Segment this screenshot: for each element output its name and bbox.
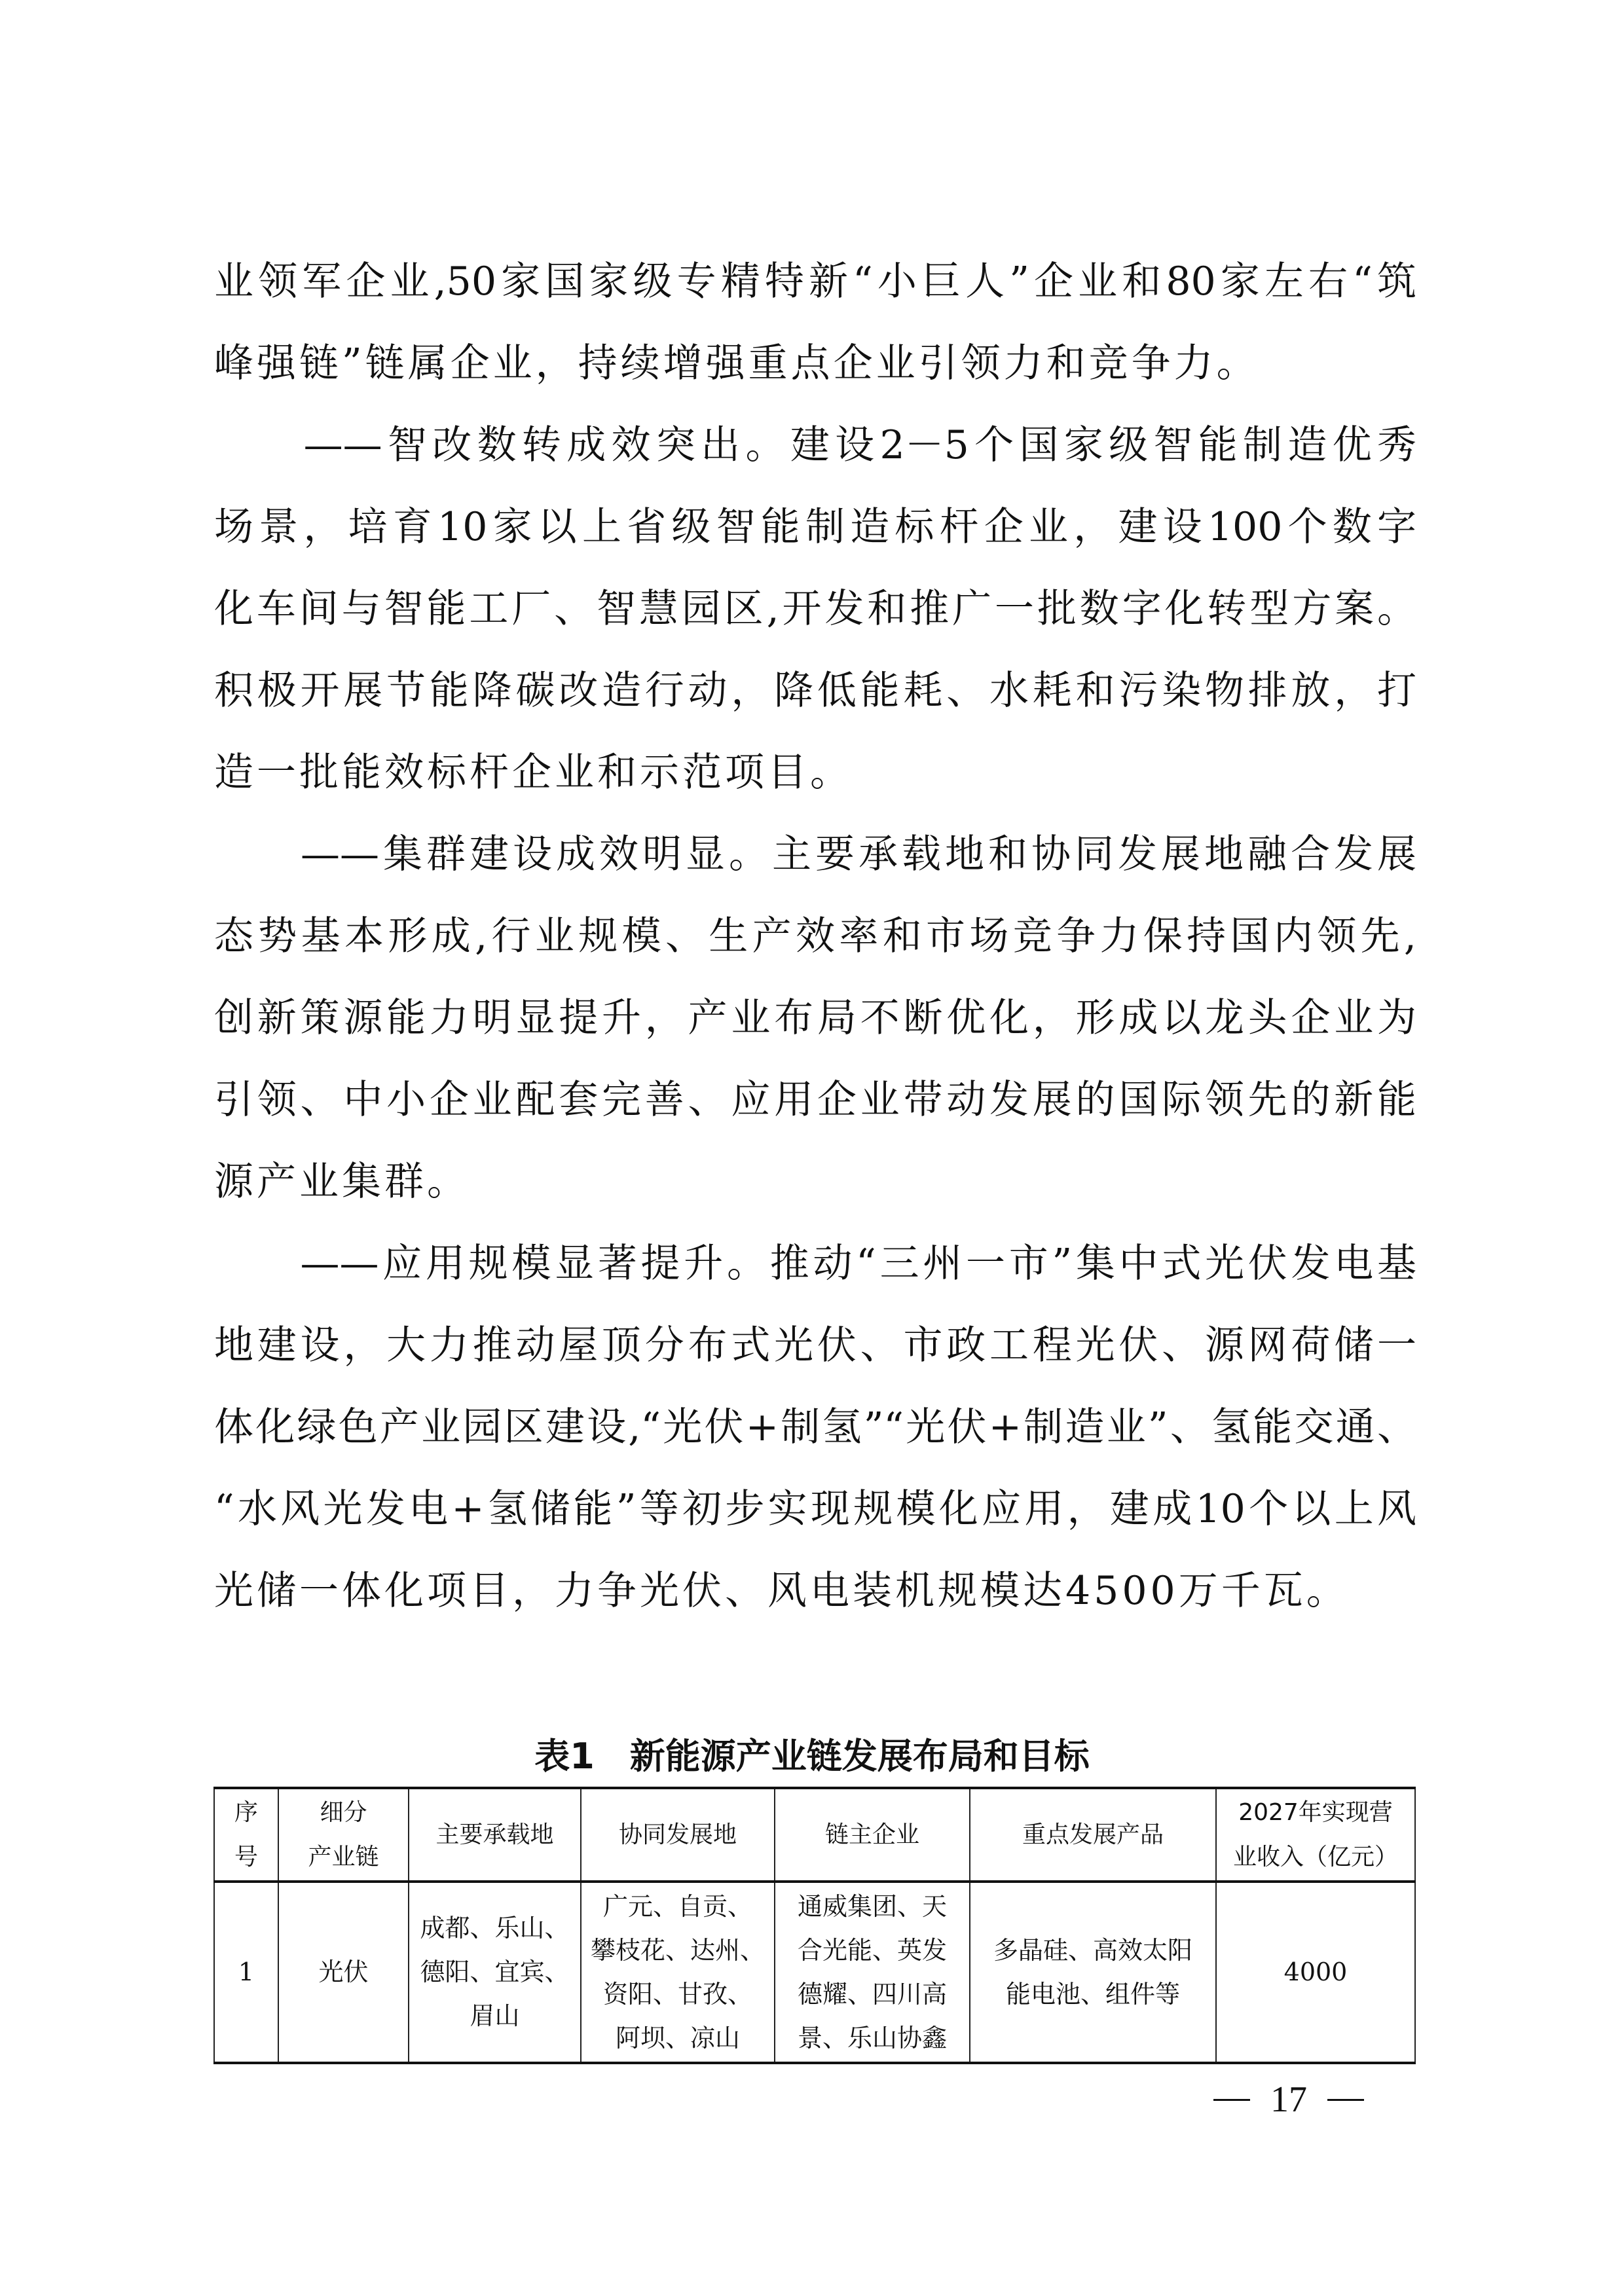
page-number: 17 [1213, 2077, 1364, 2123]
dash-left [1213, 2099, 1250, 2101]
text-line: 态势基本形成,行业规模、生产效率和市场竞争力保持国内领先, [214, 896, 1416, 977]
header-collaborative: 协同发展地 [581, 1788, 775, 1882]
header-main-hosts: 主要承载地 [409, 1788, 581, 1882]
cell-main-hosts: 成都、乐山、 德阳、宜宾、 眉山 [409, 1882, 581, 2063]
text-line: “水风光发电+氢储能”等初步实现规模化应用，建成10个以上风 [214, 1468, 1416, 1550]
cell-collaborative: 广元、自贡、 攀枝花、达州、 资阳、甘孜、 阿坝、凉山 [581, 1882, 775, 2063]
header-revenue-2027: 2027年实现营 业收入（亿元） [1216, 1788, 1415, 1882]
text-line: 引领、中小企业配套完善、应用企业带动发展的国际领先的新能 [214, 1059, 1416, 1141]
text-line: ——应用规模显著提升。推动“三州一市”集中式光伏发电基 [214, 1223, 1416, 1305]
document-page: 业领军企业,50家国家级专精特新“小巨人”企业和80家左右“筑 峰强链”链属企业… [0, 0, 1624, 2296]
cell-chain-leaders: 通威集团、天 合光能、英发 德耀、四川高 景、乐山协鑫 [775, 1882, 970, 2063]
text-line: 体化绿色产业园区建设,“光伏+制氢”“光伏+制造业”、氢能交通、 [214, 1387, 1416, 1468]
cell-sub-chain: 光伏 [278, 1882, 409, 2063]
cell-index: 1 [214, 1882, 278, 2063]
text-line: 业领军企业,50家国家级专精特新“小巨人”企业和80家左右“筑 [214, 241, 1416, 323]
text-line: 源产业集群。 [214, 1141, 1416, 1223]
text-line: 造一批能效标杆企业和示范项目。 [214, 732, 1416, 814]
table-header-row: 序 号 细分 产业链 主要承载地 协同发展地 链主企业 重点发展产品 [214, 1788, 1415, 1882]
text-line: ——集群建设成效明显。主要承载地和协同发展地融合发展 [214, 814, 1416, 896]
body-text: 业领军企业,50家国家级专精特新“小巨人”企业和80家左右“筑 峰强链”链属企业… [214, 241, 1416, 1632]
text-line: ——智改数转成效突出。建设2－5个国家级智能制造优秀 [214, 405, 1416, 486]
text-line: 化车间与智能工厂、智慧园区,开发和推广一批数字化转型方案。 [214, 568, 1416, 650]
table-row: 1 光伏 成都、乐山、 德阳、宜宾、 眉山 广元、自贡、 攀枝花、达州、 资阳、… [214, 1882, 1415, 2063]
text-line: 地建设，大力推动屋顶分布式光伏、市政工程光伏、源网荷储一 [214, 1305, 1416, 1387]
table-caption: 表1 新能源产业链发展布局和目标 [0, 1734, 1624, 1779]
header-chain-leaders: 链主企业 [775, 1788, 970, 1882]
header-sub-chain: 细分 产业链 [278, 1788, 409, 1882]
text-line: 积极开展节能降碳改造行动，降低能耗、水耗和污染物排放，打 [214, 650, 1416, 732]
text-line: 光储一体化项目，力争光伏、风电装机规模达4500万千瓦。 [214, 1550, 1416, 1632]
text-line: 创新策源能力明显提升，产业布局不断优化，形成以龙头企业为 [214, 977, 1416, 1059]
industry-chain-table: 序 号 细分 产业链 主要承载地 协同发展地 链主企业 重点发展产品 [213, 1787, 1416, 2064]
cell-revenue-2027: 4000 [1216, 1882, 1415, 2063]
text-line: 场景，培育10家以上省级智能制造标杆企业，建设100个数字 [214, 486, 1416, 568]
header-key-products: 重点发展产品 [970, 1788, 1216, 1882]
text-line: 峰强链”链属企业，持续增强重点企业引领力和竞争力。 [214, 323, 1416, 405]
header-index: 序 号 [214, 1788, 278, 1882]
dash-right [1327, 2099, 1364, 2101]
cell-key-products: 多晶硅、高效太阳 能电池、组件等 [970, 1882, 1216, 2063]
page-number-value: 17 [1270, 2077, 1307, 2123]
